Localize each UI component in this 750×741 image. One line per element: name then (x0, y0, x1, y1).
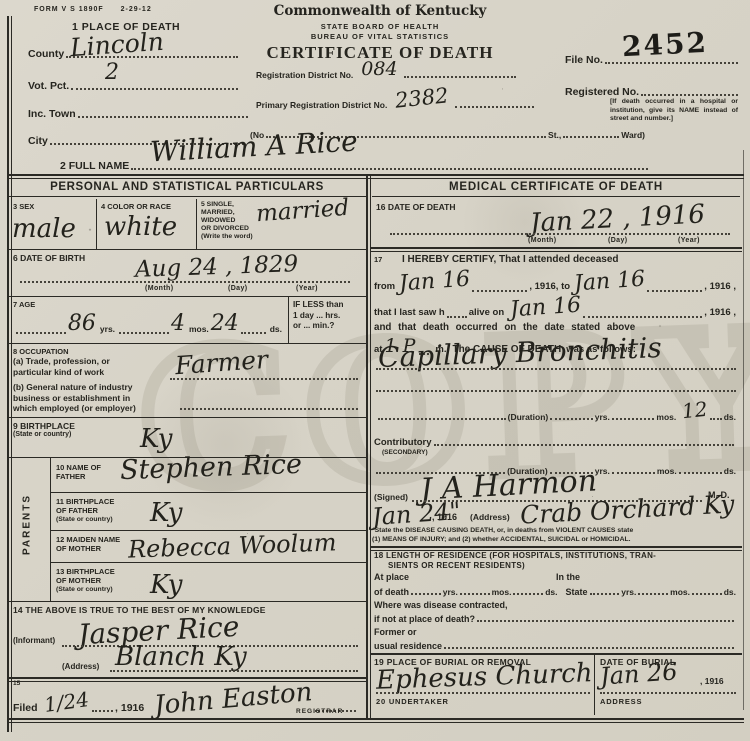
res-former-l2: usual residence (374, 641, 442, 651)
age-leader-2 (119, 332, 169, 334)
filed-label: Filed (13, 702, 38, 714)
form-revision-date: 2-29-12 (121, 6, 152, 13)
vot-pct-label: Vot. Pct. (28, 80, 69, 92)
res-contracted-leader (477, 620, 734, 622)
duration-yrs: yrs. (595, 412, 610, 422)
mother-bp-hint: (State or country) (56, 585, 115, 594)
mother-birthplace-value: Ky (150, 570, 182, 600)
inc-town-label: Inc. Town (28, 108, 76, 120)
residence-label: 18 LENGTH OF RESIDENCE (FOR HOSPITALS, I… (374, 551, 656, 570)
dob-day-hint: (Day) (228, 285, 248, 292)
certify-number: 17 (374, 255, 382, 264)
res-mos-2: mos. (670, 587, 690, 597)
filed-number: 15 (13, 680, 20, 687)
residence-label-l2: SIENTS OR RECENT RESIDENTS) (388, 561, 656, 571)
dod-label: 16 DATE OF DEATH (376, 202, 456, 212)
father-name-label: 10 NAME OF FATHER (56, 463, 101, 481)
inc-town-row: Inc. Town (28, 100, 250, 120)
registration-district-leader (404, 76, 516, 78)
vot-pct-leader (71, 88, 238, 90)
registered-no-leader (641, 94, 738, 96)
left-border (7, 16, 12, 732)
father-name-bottom-line (50, 492, 366, 493)
dod-year-hint: (Year) (678, 237, 700, 244)
medical-section-title: MEDICAL CERTIFICATE OF DEATH (372, 181, 740, 197)
dob-bottom-line (8, 296, 366, 297)
cd-leader-2 (612, 472, 655, 474)
res-leader-3 (513, 593, 543, 595)
if-less-label: IF LESS than 1 day ... hrs. or ... min.? (293, 300, 365, 332)
informant-label: (Informant) (13, 636, 55, 645)
father-birthplace-value: Ky (150, 498, 182, 528)
burial-date-year: , 1916 (700, 676, 724, 686)
age-bottom-line (8, 343, 366, 344)
contributory-leader (434, 444, 734, 446)
from-leader (472, 290, 527, 292)
race-marital-divider (196, 199, 197, 249)
father-birthplace-label: 11 BIRTHPLACE OF FATHER (State or countr… (56, 497, 114, 524)
footnote-line1: *State the DISEASE CAUSING DEATH, or, in… (372, 527, 740, 536)
dod-leader (390, 233, 730, 235)
attestation-bottom-line (8, 677, 366, 682)
occupation-label: 8 OCCUPATION (13, 347, 69, 356)
age-leader-1 (16, 332, 66, 334)
last-saw-date: Jan 16 (509, 293, 582, 323)
age-mos-label: mos. (189, 324, 209, 334)
res-at-place-label: At place (374, 572, 409, 582)
birthplace-hint: (State or country) (13, 431, 71, 438)
res-duration-row: of death yrs. mos. ds. State yrs. mos. d… (374, 583, 736, 597)
undertaker-label: 20 UNDERTAKER (376, 697, 449, 706)
parents-bottom-line (8, 601, 366, 602)
cd-yrs: yrs. (595, 466, 610, 476)
bureau-line: BUREAU OF VITAL STATISTICS (245, 32, 515, 41)
registered-no-label: Registered No. (565, 86, 639, 98)
file-no-label: File No. (565, 54, 603, 66)
res-former-l1: Former or (374, 627, 417, 637)
marital-label-l4: OR DIVORCED (201, 225, 253, 233)
mother-name-l2: OF MOTHER (56, 544, 120, 553)
burial-place-value: Ephesus Church (376, 658, 593, 696)
mother-name-l1: 12 MAIDEN NAME (56, 535, 120, 544)
dob-label: 6 DATE OF BIRTH (13, 253, 85, 263)
vot-pct-value: 2 (105, 60, 119, 85)
last-saw-year: , 1916 , (704, 307, 736, 318)
to-year: , 1916 , (704, 281, 736, 292)
occupation-a-label: (a) Trade, profession, or particular kin… (13, 356, 173, 377)
mother-name-label: 12 MAIDEN NAME OF MOTHER (56, 535, 120, 553)
occupation-a2: particular kind of work (13, 367, 173, 378)
registration-district-label: Registration District No. (256, 70, 353, 80)
age-label: 7 AGE (13, 300, 35, 309)
residence-bottom-line (370, 653, 742, 655)
form-number-text: FORM V S 1890F (34, 6, 104, 13)
signed-year: , 1916 (432, 512, 457, 522)
res-ds-2: ds. (724, 587, 736, 597)
personal-section-title: PERSONAL AND STATISTICAL PARTICULARS (8, 181, 366, 197)
duration-days-value: 12 (681, 397, 709, 424)
res-leader-1 (411, 593, 441, 595)
father-name-l2: FATHER (56, 472, 101, 481)
burial-cell-divider (594, 655, 595, 715)
mother-bp-l2: OF MOTHER (56, 576, 115, 585)
last-saw-pre: that I last saw h (374, 307, 445, 318)
occupation-b3: which employed (or employer) (13, 403, 183, 414)
filed-leader-1 (92, 710, 113, 712)
death-certificate-document: COPY FORM V S 1890F 2-29-12 1 PLACE OF D… (0, 0, 750, 741)
to-label: , to (556, 281, 570, 292)
cd-leader-3 (679, 472, 722, 474)
father-bp-l1: 11 BIRTHPLACE (56, 497, 114, 506)
city-label: City (28, 135, 48, 147)
dod-bottom-line (370, 247, 742, 252)
file-no-stamp: 2452 (621, 26, 709, 63)
duration-ds: ds. (724, 412, 736, 422)
occupation-b-leader (180, 408, 358, 410)
birthplace-label: 9 BIRTHPLACE (13, 421, 75, 431)
registrar-signature: John Easton (153, 677, 314, 721)
dod-month-hint: (Month) (528, 237, 556, 244)
duration-leader-3 (710, 418, 722, 420)
parents-side-label: PARENTS (22, 480, 33, 570)
res-former-leader (444, 647, 734, 649)
if-less-l2: 1 day ... hrs. (293, 311, 365, 322)
vot-pct-row: Vot. Pct. (28, 72, 240, 92)
burial-place-leader (376, 692, 590, 694)
registered-no-row: Registered No. (565, 80, 740, 98)
occurred-line: and that death occurred on the date stat… (374, 322, 635, 333)
commonwealth-title: Commonwealth of Kentucky (245, 3, 515, 19)
burial-date-value: Jan 26 (599, 657, 678, 690)
secondary-label: (SECONDARY) (382, 449, 428, 456)
dod-day-hint: (Day) (608, 237, 628, 244)
registration-district-row: Registration District No. 084 (256, 62, 518, 80)
marital-label-l1: 5 SINGLE, (201, 201, 253, 209)
registrar-label: REGISTRAR (296, 708, 343, 715)
registration-district-value: 084 (361, 58, 397, 80)
father-bp-l2: OF FATHER (56, 506, 114, 515)
last-saw-leader (583, 316, 702, 318)
primary-registration-value: 2382 (394, 83, 450, 112)
duration-leader-0 (378, 418, 506, 420)
occupation-bottom-line (8, 417, 366, 418)
occupation-value: Farmer (174, 345, 269, 380)
marital-label: 5 SINGLE, MARRIED, WIDOWED OR DIVORCED (… (201, 201, 253, 241)
dob-month-hint: (Month) (145, 285, 173, 292)
duration-label: (Duration) (508, 412, 549, 422)
res-yrs-1: yrs. (443, 587, 458, 597)
mother-name-bottom-line (50, 562, 366, 563)
burial-date-leader (600, 692, 736, 694)
certify-from-row: from Jan 16 , 1916 , to Jan 16 , 1916 , (374, 272, 736, 294)
father-bp-hint: (State or country) (56, 515, 114, 524)
marital-label-l3: WIDOWED (201, 217, 253, 225)
age-yrs-label: yrs. (100, 324, 115, 334)
res-yrs-2: yrs. (621, 587, 636, 597)
st-label: St., (548, 130, 561, 140)
age-days-value: 24 (211, 311, 239, 336)
age-years-value: 86 (68, 311, 96, 336)
age-months-value: 4 (171, 311, 185, 336)
age-ds-label: ds. (270, 324, 282, 334)
occupation-a-leader (170, 378, 358, 380)
cause-duration-row: (Duration) yrs. mos. 12 ds. (376, 400, 736, 422)
sex-label: 3 SEX (13, 202, 34, 211)
cause-leader-1 (376, 368, 736, 370)
informant-address-value: Blanch Ky (115, 642, 247, 672)
certify-heading: I HEREBY CERTIFY, That I attended deceas… (402, 254, 619, 265)
primary-registration-leader (455, 106, 534, 108)
street-leader-2 (563, 136, 619, 138)
duration-leader-2 (612, 418, 655, 420)
header-divider (8, 174, 744, 179)
marital-value: married (255, 195, 350, 227)
residence-label-l1: 18 LENGTH OF RESIDENCE (FOR HOSPITALS, I… (374, 551, 656, 561)
filed-date-value: 1/24 (42, 687, 90, 717)
from-date-value: Jan 16 (398, 267, 471, 297)
last-saw-mid: alive on (469, 307, 504, 318)
if-less-l1: IF LESS than (293, 300, 365, 311)
primary-registration-label: Primary Registration District No. (256, 100, 387, 110)
res-leader-2 (460, 593, 490, 595)
column-divider (366, 176, 371, 720)
res-leader-4 (590, 593, 620, 595)
dob-year-hint: (Year) (296, 285, 318, 292)
last-saw-gap (447, 316, 467, 318)
right-border (743, 150, 744, 710)
res-contracted-l1: Where was disease contracted, (374, 600, 508, 610)
cd-ds: ds. (724, 466, 736, 476)
res-mos-1: mos. (492, 587, 512, 597)
duration-mos: mos. (656, 412, 676, 422)
footnote: *State the DISEASE CAUSING DEATH, or, in… (372, 527, 740, 544)
age-value-row: 86 yrs. 4 mos. 24 ds. (14, 312, 282, 336)
form-number: FORM V S 1890F 2-29-12 (34, 6, 152, 13)
full-name-leader (131, 168, 648, 170)
inc-town-leader (78, 116, 248, 118)
county-label: County (28, 48, 64, 60)
contributory-label: Contributory (374, 437, 432, 448)
res-former-row: usual residence (374, 638, 736, 651)
birthplace-value: Ky (140, 424, 172, 454)
to-date-value: Jan 16 (573, 267, 646, 297)
mother-birthplace-label: 13 BIRTHPLACE OF MOTHER (State or countr… (56, 567, 115, 594)
res-state-label: State (566, 587, 588, 597)
sex-race-divider (96, 199, 97, 249)
res-leader-6 (692, 593, 722, 595)
res-contracted-row: if not at place of death? (374, 611, 736, 624)
undertaker-address-label: ADDRESS (600, 697, 642, 706)
age-leader-3 (241, 332, 266, 334)
dob-value: Aug 24 , 1829 (135, 251, 299, 283)
duration-leader-1 (550, 418, 593, 420)
footnote-line2: (1) MEANS OF INJURY; and (2) whether ACC… (372, 536, 740, 545)
filed-year: , 1916 (115, 702, 144, 714)
res-of-death-label: of death (374, 587, 409, 597)
to-leader (647, 290, 702, 292)
last-saw-row: that I last saw h alive on Jan 16 , 1916… (374, 298, 736, 320)
father-name-value: Stephen Rice (120, 449, 303, 486)
contributory-row: Contributory (374, 432, 736, 448)
dob-leader (20, 281, 350, 283)
bottom-border (8, 718, 744, 723)
cause-leader-2 (376, 390, 736, 392)
marital-label-l2: MARRIED, (201, 209, 253, 217)
primary-registration-row: Primary Registration District No. 2382 (256, 92, 536, 110)
age-ifless-divider (288, 297, 289, 343)
race-label: 4 COLOR OR RACE (101, 202, 171, 211)
from-label: from (374, 281, 395, 292)
if-less-l3: or ... min.? (293, 321, 365, 332)
signed-address-label: (Address) (470, 512, 510, 522)
row345-bottom-line (8, 249, 366, 250)
res-contracted-l2: if not at place of death? (374, 614, 475, 624)
title-block: Commonwealth of Kentucky STATE BOARD OF … (245, 3, 515, 63)
full-name-label: 2 FULL NAME (60, 160, 129, 172)
occupation-a1: (a) Trade, profession, or (13, 356, 173, 367)
occupation-b-label: (b) General nature of industry business … (13, 382, 183, 414)
ward-label: Ward) (621, 130, 645, 140)
occupation-b2: business or establishment in (13, 393, 183, 404)
mother-bp-l1: 13 BIRTHPLACE (56, 567, 115, 576)
informant-address-label: (Address) (62, 662, 99, 671)
cd-mos: mos. (657, 466, 677, 476)
marital-hint: (Write the word) (201, 233, 253, 241)
father-name-l1: 10 NAME OF (56, 463, 101, 472)
occupation-b1: (b) General nature of industry (13, 382, 183, 393)
race-value: white (104, 212, 177, 242)
from-year: , 1916 (529, 281, 555, 292)
address-leader (110, 670, 358, 672)
sex-value: male (12, 214, 76, 244)
res-ds-1: ds. (545, 587, 557, 597)
mother-name-value: Rebecca Woolum (128, 528, 337, 563)
res-leader-5 (638, 593, 668, 595)
res-in-the-label: In the (556, 572, 580, 582)
state-board-line: STATE BOARD OF HEALTH (245, 22, 515, 31)
hospital-note: [If death occurred in a hospital or inst… (610, 98, 738, 124)
